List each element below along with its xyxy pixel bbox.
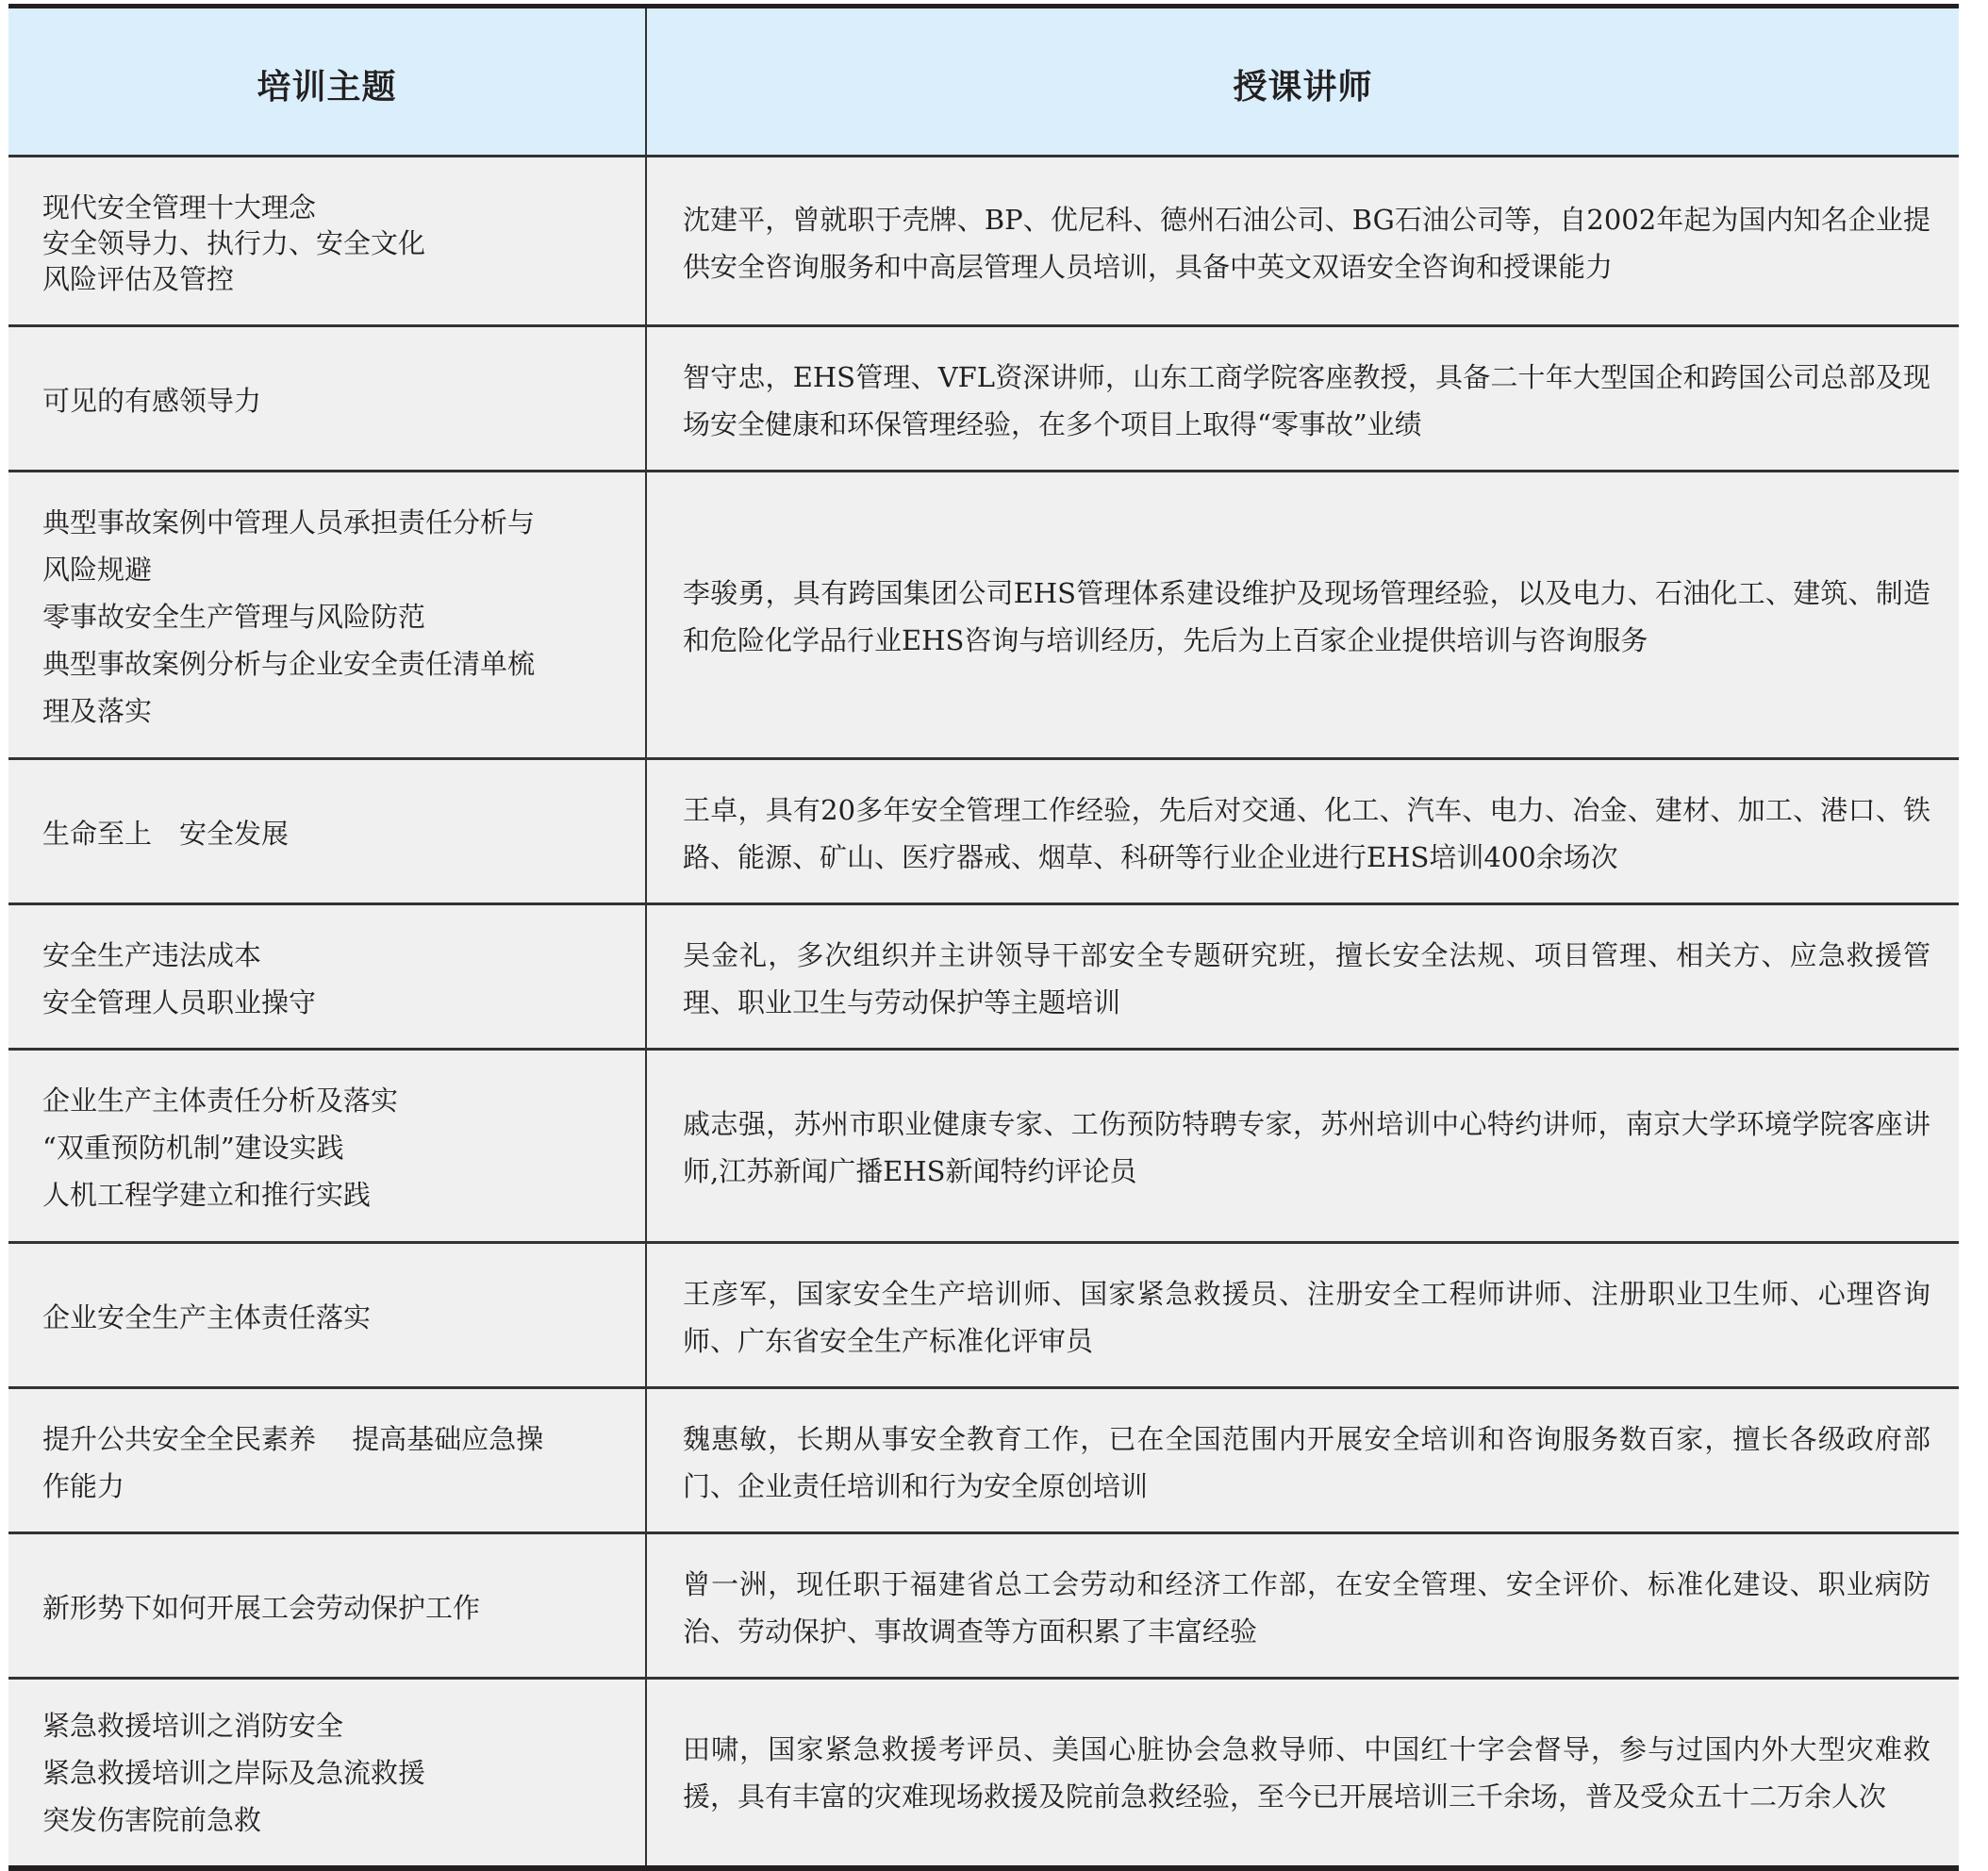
topic-line: 紧急救援培训之岸际及急流救援 <box>42 1749 425 1796</box>
topic-cell: 安全生产违法成本 安全管理人员职业操守 <box>8 905 647 1051</box>
topic-line: 风险规避 <box>42 546 535 593</box>
header-lecturer-label: 授课讲师 <box>1233 60 1372 108</box>
topic-list: 现代安全管理十大理念 安全领导力、执行力、安全文化 风险评估及管控 <box>42 190 425 297</box>
lecturer-cell: 魏惠敏，长期从事安全教育工作，已在全国范围内开展安全培训和咨询服务数百家，擅长各… <box>647 1389 1959 1535</box>
topic-line: 企业生产主体责任分析及落实 <box>42 1077 398 1124</box>
topic-line: 生命至上 安全发展 <box>42 810 289 857</box>
lecturer-bio: 戚志强，苏州市职业健康专家、工伤预防特聘专家，苏州培训中心特约讲师，南京大学环境… <box>683 1101 1930 1195</box>
topic-line: 理及落实 <box>42 687 535 735</box>
topic-line: 典型事故案例中管理人员承担责任分析与 <box>42 499 535 546</box>
lecturer-cell: 吴金礼，多次组织并主讲领导干部安全专题研究班，擅长安全法规、项目管理、相关方、应… <box>647 905 1959 1051</box>
topic-cell: 企业生产主体责任分析及落实 “双重预防机制”建设实践 人机工程学建立和推行实践 <box>8 1051 647 1245</box>
topic-cell: 典型事故案例中管理人员承担责任分析与 风险规避 零事故安全生产管理与风险防范 典… <box>8 472 647 761</box>
topic-line: 安全生产违法成本 <box>42 932 316 979</box>
lecturer-bio: 曾一洲，现任职于福建省总工会劳动和经济工作部，在安全管理、安全评价、标准化建设、… <box>683 1561 1930 1655</box>
lecturer-bio: 吴金礼，多次组织并主讲领导干部安全专题研究班，擅长安全法规、项目管理、相关方、应… <box>683 932 1930 1026</box>
topic-line: 企业安全生产主体责任落实 <box>42 1294 371 1341</box>
table-row: 典型事故案例中管理人员承担责任分析与 风险规避 零事故安全生产管理与风险防范 典… <box>8 470 1959 761</box>
lecturer-cell: 田啸，国家紧急救援考评员、美国心脏协会急救导师、中国红十字会督导，参与过国内外大… <box>647 1680 1959 1865</box>
topic-line: 可见的有感领导力 <box>42 377 261 424</box>
topic-line: 零事故安全生产管理与风险防范 <box>42 593 535 640</box>
topic-line: 安全领导力、执行力、安全文化 <box>42 225 425 261</box>
topic-line: 安全管理人员职业操守 <box>42 979 316 1026</box>
lecturer-cell: 曾一洲，现任职于福建省总工会劳动和经济工作部，在安全管理、安全评价、标准化建设、… <box>647 1534 1959 1681</box>
topic-list: 企业安全生产主体责任落实 <box>42 1294 371 1341</box>
lecturer-bio: 王卓，具有20多年安全管理工作经验，先后对交通、化工、汽车、电力、冶金、建材、加… <box>683 786 1930 881</box>
table-row: 可见的有感领导力 智守忠，EHS管理、VFL资深讲师，山东工商学院客座教授，具备… <box>8 324 1959 473</box>
lecturer-cell: 智守忠，EHS管理、VFL资深讲师，山东工商学院客座教授，具备二十年大型国企和跨… <box>647 327 1959 473</box>
topic-cell: 紧急救援培训之消防安全 紧急救援培训之岸际及急流救援 突发伤害院前急救 <box>8 1680 647 1865</box>
topic-line: 典型事故案例分析与企业安全责任清单梳 <box>42 640 535 687</box>
table-row: 新形势下如何开展工会劳动保护工作 曾一洲，现任职于福建省总工会劳动和经济工作部，… <box>8 1532 1959 1681</box>
topic-list: 紧急救援培训之消防安全 紧急救援培训之岸际及急流救援 突发伤害院前急救 <box>42 1702 425 1844</box>
topic-line: 作能力 <box>42 1463 543 1510</box>
topic-cell: 生命至上 安全发展 <box>8 760 647 906</box>
lecturer-bio: 魏惠敏，长期从事安全教育工作，已在全国范围内开展安全培训和咨询服务数百家，擅长各… <box>683 1416 1930 1510</box>
lecturer-cell: 李骏勇，具有跨国集团公司EHS管理体系建设维护及现场管理经验，以及电力、石油化工… <box>647 472 1959 761</box>
topic-list: 可见的有感领导力 <box>42 377 261 424</box>
table-row: 生命至上 安全发展 王卓，具有20多年安全管理工作经验，先后对交通、化工、汽车、… <box>8 757 1959 906</box>
topic-cell: 现代安全管理十大理念 安全领导力、执行力、安全文化 风险评估及管控 <box>8 157 647 328</box>
table-row: 现代安全管理十大理念 安全领导力、执行力、安全文化 风险评估及管控 沈建平，曾就… <box>8 155 1959 328</box>
lecturer-cell: 王彦军，国家安全生产培训师、国家紧急救援员、注册安全工程师讲师、注册职业卫生师、… <box>647 1244 1959 1390</box>
table-row: 安全生产违法成本 安全管理人员职业操守 吴金礼，多次组织并主讲领导干部安全专题研… <box>8 902 1959 1051</box>
topic-cell: 提升公共安全全民素养 提高基础应急操 作能力 <box>8 1389 647 1535</box>
lecturer-bio: 李骏勇，具有跨国集团公司EHS管理体系建设维护及现场管理经验，以及电力、石油化工… <box>683 570 1930 664</box>
topic-list: 提升公共安全全民素养 提高基础应急操 作能力 <box>42 1416 543 1510</box>
table-row: 紧急救援培训之消防安全 紧急救援培训之岸际及急流救援 突发伤害院前急救 田啸，国… <box>8 1677 1959 1865</box>
table-row: 提升公共安全全民素养 提高基础应急操 作能力 魏惠敏，长期从事安全教育工作，已在… <box>8 1386 1959 1535</box>
topic-line: 紧急救援培训之消防安全 <box>42 1702 425 1749</box>
lecturer-cell: 戚志强，苏州市职业健康专家、工伤预防特聘专家，苏州培训中心特约讲师，南京大学环境… <box>647 1051 1959 1245</box>
header-topic-label: 培训主题 <box>257 60 396 108</box>
topic-line: “双重预防机制”建设实践 <box>42 1124 398 1171</box>
topic-line: 提升公共安全全民素养 提高基础应急操 <box>42 1416 543 1463</box>
topic-list: 企业生产主体责任分析及落实 “双重预防机制”建设实践 人机工程学建立和推行实践 <box>42 1077 398 1218</box>
topic-line: 现代安全管理十大理念 <box>42 190 425 225</box>
table-header-row: 培训主题 授课讲师 <box>8 8 1959 159</box>
lecturer-bio: 王彦军，国家安全生产培训师、国家紧急救援员、注册安全工程师讲师、注册职业卫生师、… <box>683 1270 1930 1365</box>
training-table: 培训主题 授课讲师 现代安全管理十大理念 安全领导力、执行力、安全文化 风险评估… <box>8 4 1959 1871</box>
topic-cell: 企业安全生产主体责任落实 <box>8 1244 647 1390</box>
table-row: 企业安全生产主体责任落实 王彦军，国家安全生产培训师、国家紧急救援员、注册安全工… <box>8 1241 1959 1390</box>
lecturer-cell: 王卓，具有20多年安全管理工作经验，先后对交通、化工、汽车、电力、冶金、建材、加… <box>647 760 1959 906</box>
topic-line: 新形势下如何开展工会劳动保护工作 <box>42 1584 480 1631</box>
lecturer-bio: 智守忠，EHS管理、VFL资深讲师，山东工商学院客座教授，具备二十年大型国企和跨… <box>683 354 1930 448</box>
header-cell-lecturer: 授课讲师 <box>647 8 1959 159</box>
topic-cell: 可见的有感领导力 <box>8 327 647 473</box>
topic-list: 新形势下如何开展工会劳动保护工作 <box>42 1584 480 1631</box>
header-cell-topic: 培训主题 <box>8 8 647 159</box>
topic-line: 风险评估及管控 <box>42 261 425 297</box>
lecturer-cell: 沈建平，曾就职于壳牌、BP、优尼科、德州石油公司、BG石油公司等，自2002年起… <box>647 157 1959 328</box>
table-row: 企业生产主体责任分析及落实 “双重预防机制”建设实践 人机工程学建立和推行实践 … <box>8 1048 1959 1245</box>
topic-list: 生命至上 安全发展 <box>42 810 289 857</box>
topic-line: 人机工程学建立和推行实践 <box>42 1171 398 1218</box>
lecturer-bio: 沈建平，曾就职于壳牌、BP、优尼科、德州石油公司、BG石油公司等，自2002年起… <box>683 196 1930 290</box>
lecturer-bio: 田啸，国家紧急救援考评员、美国心脏协会急救导师、中国红十字会督导，参与过国内外大… <box>683 1726 1930 1820</box>
topic-list: 安全生产违法成本 安全管理人员职业操守 <box>42 932 316 1026</box>
topic-line: 突发伤害院前急救 <box>42 1796 425 1844</box>
topic-list: 典型事故案例中管理人员承担责任分析与 风险规避 零事故安全生产管理与风险防范 典… <box>42 499 535 735</box>
topic-cell: 新形势下如何开展工会劳动保护工作 <box>8 1534 647 1681</box>
